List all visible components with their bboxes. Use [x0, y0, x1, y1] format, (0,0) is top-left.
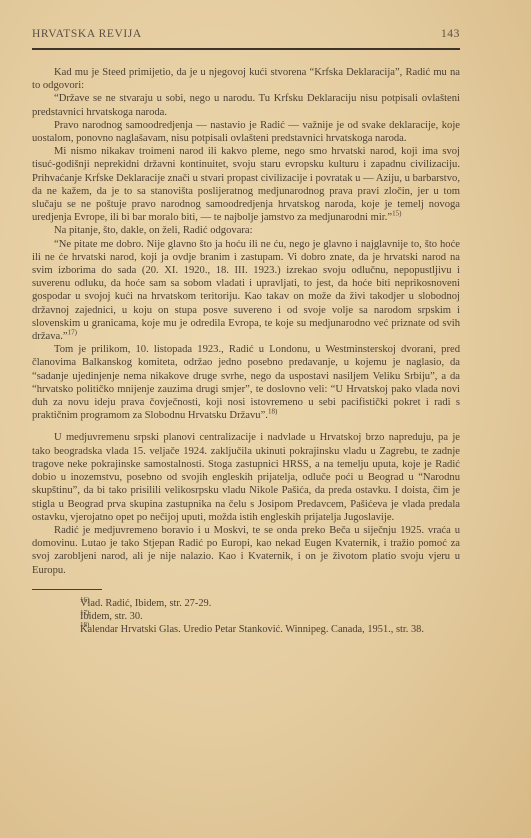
- footnote: 17)Ibidem, str. 30.: [32, 611, 460, 624]
- paragraph: Tom je prilikom, 10. listopada 1923., Ra…: [32, 343, 460, 422]
- paragraph: Kad mu je Steed primijetio, da je u njeg…: [32, 66, 460, 92]
- document-page: HRVATSKA REVIJA 143 Kad mu je Steed prim…: [32, 28, 460, 637]
- footnote-ref: 17): [68, 329, 77, 337]
- footnote-ref: 15): [392, 210, 401, 218]
- header-rule: [32, 48, 460, 50]
- paragraph: “Ne pitate me dobro. Nije glavno što ja …: [32, 238, 460, 344]
- paragraph: Na pitanje, što, dakle, on želi, Radić o…: [32, 224, 460, 237]
- paragraph: Mi nismo nikakav troimeni narod ili kakv…: [32, 145, 460, 224]
- footnote-ref: 18): [268, 408, 277, 416]
- running-header: HRVATSKA REVIJA 143: [32, 28, 460, 46]
- paragraph: Pravo narodnog samoodredjenja — nastavio…: [32, 119, 460, 145]
- journal-title: HRVATSKA REVIJA: [32, 28, 142, 40]
- paragraph: U medjuvremenu srpski planovi centraliza…: [32, 431, 460, 523]
- body-text: Kad mu je Steed primijetio, da je u njeg…: [32, 66, 460, 577]
- paragraph: Radić je medjuvremeno boravio i u Moskvi…: [32, 524, 460, 577]
- footnote: 16)Vlad. Radić, Ibidem, str. 27-29.: [32, 598, 460, 611]
- footnote: 18)Kalendar Hrvatski Glas. Uredio Petar …: [32, 624, 460, 637]
- footnotes: 16)Vlad. Radić, Ibidem, str. 27-29. 17)I…: [32, 598, 460, 636]
- footnote-rule: [32, 589, 102, 591]
- page-number: 143: [441, 28, 460, 40]
- paragraph: “Države se ne stvaraju u sobi, nego u na…: [32, 92, 460, 118]
